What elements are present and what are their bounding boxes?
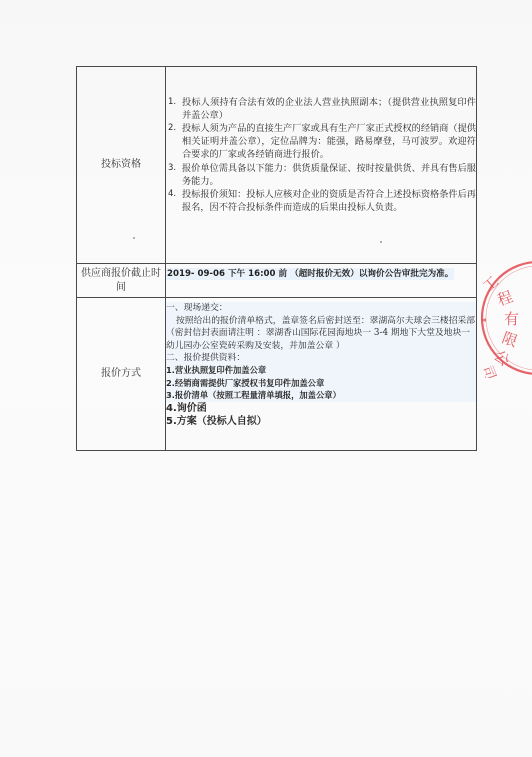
item-text: 投标人须为产品的直接生产厂家或具有生产厂家正式授权的经销商（提供相关证明并盖公章… [182,123,476,160]
tender-info-table: 投标资格 1. 投标人须持有合法有效的企业法人营业执照副本；（提供营业执照复印件… [76,66,477,451]
qualification-content: 1. 投标人须持有合法有效的企业法人营业执照副本；（提供营业执照复印件并盖公章）… [166,67,477,264]
material-item: 1.营业执照复印件加盖公章 [166,364,476,376]
svg-text:有: 有 [504,310,519,328]
item-number: 1. [168,96,176,109]
quotation-method-label: 报价方式 [77,298,166,451]
item-number: 4. [168,188,176,201]
material-item: 3.报价清单（按照工程量清单填报，加盖公章） [166,389,476,401]
qualification-list: 1. 投标人须持有合法有效的企业法人营业执照副本；（提供营业执照复印件并盖公章）… [166,96,476,215]
row-qualification: 投标资格 1. 投标人须持有合法有效的企业法人营业执照副本；（提供营业执照复印件… [77,67,477,264]
item-text: 投标人须持有合法有效的企业法人营业执照副本；（提供营业执照复印件并盖公章） [182,97,476,121]
scan-speck [380,241,382,243]
qualification-item: 4. 投标报价须知：投标人应核对企业的资质是否符合上述投标资格条件后再报名，因不… [182,188,476,214]
svg-text:程: 程 [495,288,515,310]
deadline-content: 2019- 09-06 下午 16:00 前 （超时报价无效）以询价公告审批完为… [166,264,477,298]
material-item: 2.经销商需提供厂家授权书复印件加盖公章 [166,377,476,389]
deadline-text: 2019- 09-06 下午 16:00 前 （超时报价无效）以询价公告审批完为… [166,268,454,280]
item-number: 3. [168,162,176,175]
deadline-label: 供应商报价截止时间 [77,264,166,298]
section-title-materials: 二、报价提供资料： [166,352,476,364]
document-page: 投标资格 1. 投标人须持有合法有效的企业法人营业执照副本；（提供营业执照复印件… [0,0,532,757]
svg-text:司: 司 [478,364,498,378]
qualification-item: 1. 投标人须持有合法有效的企业法人营业执照副本；（提供营业执照复印件并盖公章） [182,96,476,122]
item-text: 投标报价须知：投标人应核对企业的资质是否符合上述投标资格条件后再报名，因不符合投… [182,189,476,213]
qualification-item: 2. 投标人须为产品的直接生产厂家或具有生产厂家正式授权的经销商（提供相关证明并… [182,122,476,162]
item-number: 2. [168,122,176,135]
scan-speck [133,237,135,239]
item-text: 报价单位需具备以下能力：供货质量保证、按时按量供货、并具有售后服务能力。 [182,163,476,187]
qualification-item: 3. 报价单位需具备以下能力：供货质量保证、按时按量供货、并具有售后服务能力。 [182,162,476,188]
row-deadline: 供应商报价截止时间 2019- 09-06 下午 16:00 前 （超时报价无效… [77,264,477,298]
material-item: 4.询价函 [166,402,476,416]
svg-text:工: 工 [479,273,502,296]
section-title-onsite: 一、现场递交： [166,302,476,314]
quotation-method-content: 一、现场递交： 按照给出的报价清单格式，盖章签名后密封送至：翠湖高尔夫球会三楼招… [166,298,477,451]
material-item: 5.方案（投标人自拟） [166,415,476,429]
svg-text:限: 限 [500,329,520,351]
onsite-instructions: 按照给出的报价清单格式，盖章签名后密封送至：翠湖高尔夫球会三楼招采部（密封信封表… [166,315,476,352]
svg-text:公: 公 [490,346,513,369]
company-seal-icon: 工 程 有 限 公 司 [478,258,532,378]
qualification-label: 投标资格 [77,67,166,264]
row-quotation-method: 报价方式 一、现场递交： 按照给出的报价清单格式，盖章签名后密封送至：翠湖高尔夫… [77,298,477,451]
